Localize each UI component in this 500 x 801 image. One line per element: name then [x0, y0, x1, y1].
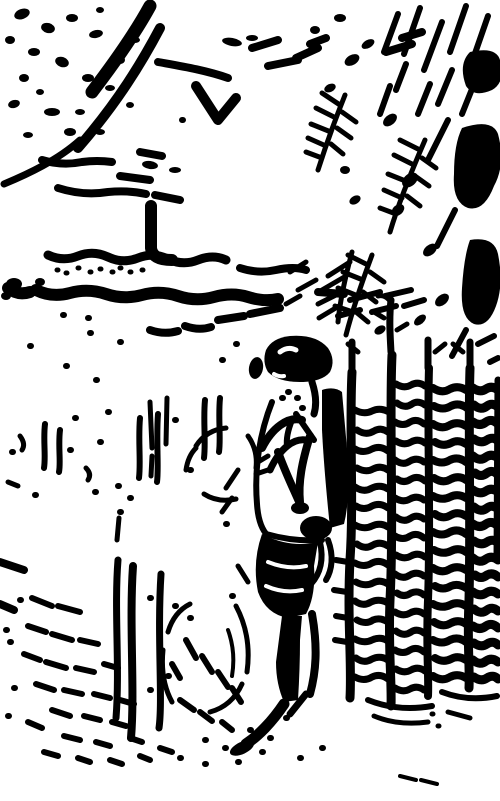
- fence-post-3: [427, 368, 429, 696]
- fence-post-1: [349, 372, 352, 698]
- illustration-canvas: [0, 0, 500, 801]
- sash-knot: [300, 516, 332, 540]
- long-stick-b: [131, 566, 133, 738]
- neck-stroke: [312, 382, 316, 414]
- bank-row-upper-right: [240, 268, 306, 272]
- hair-lower-notch: [274, 374, 284, 376]
- bank-row-lower-tail: [318, 292, 344, 294]
- bank-row-lower: [8, 288, 278, 300]
- withies-band-1: [355, 409, 389, 679]
- fence-post-2: [389, 355, 392, 706]
- long-stick-a: [116, 560, 118, 718]
- ink-drawing: [0, 0, 500, 801]
